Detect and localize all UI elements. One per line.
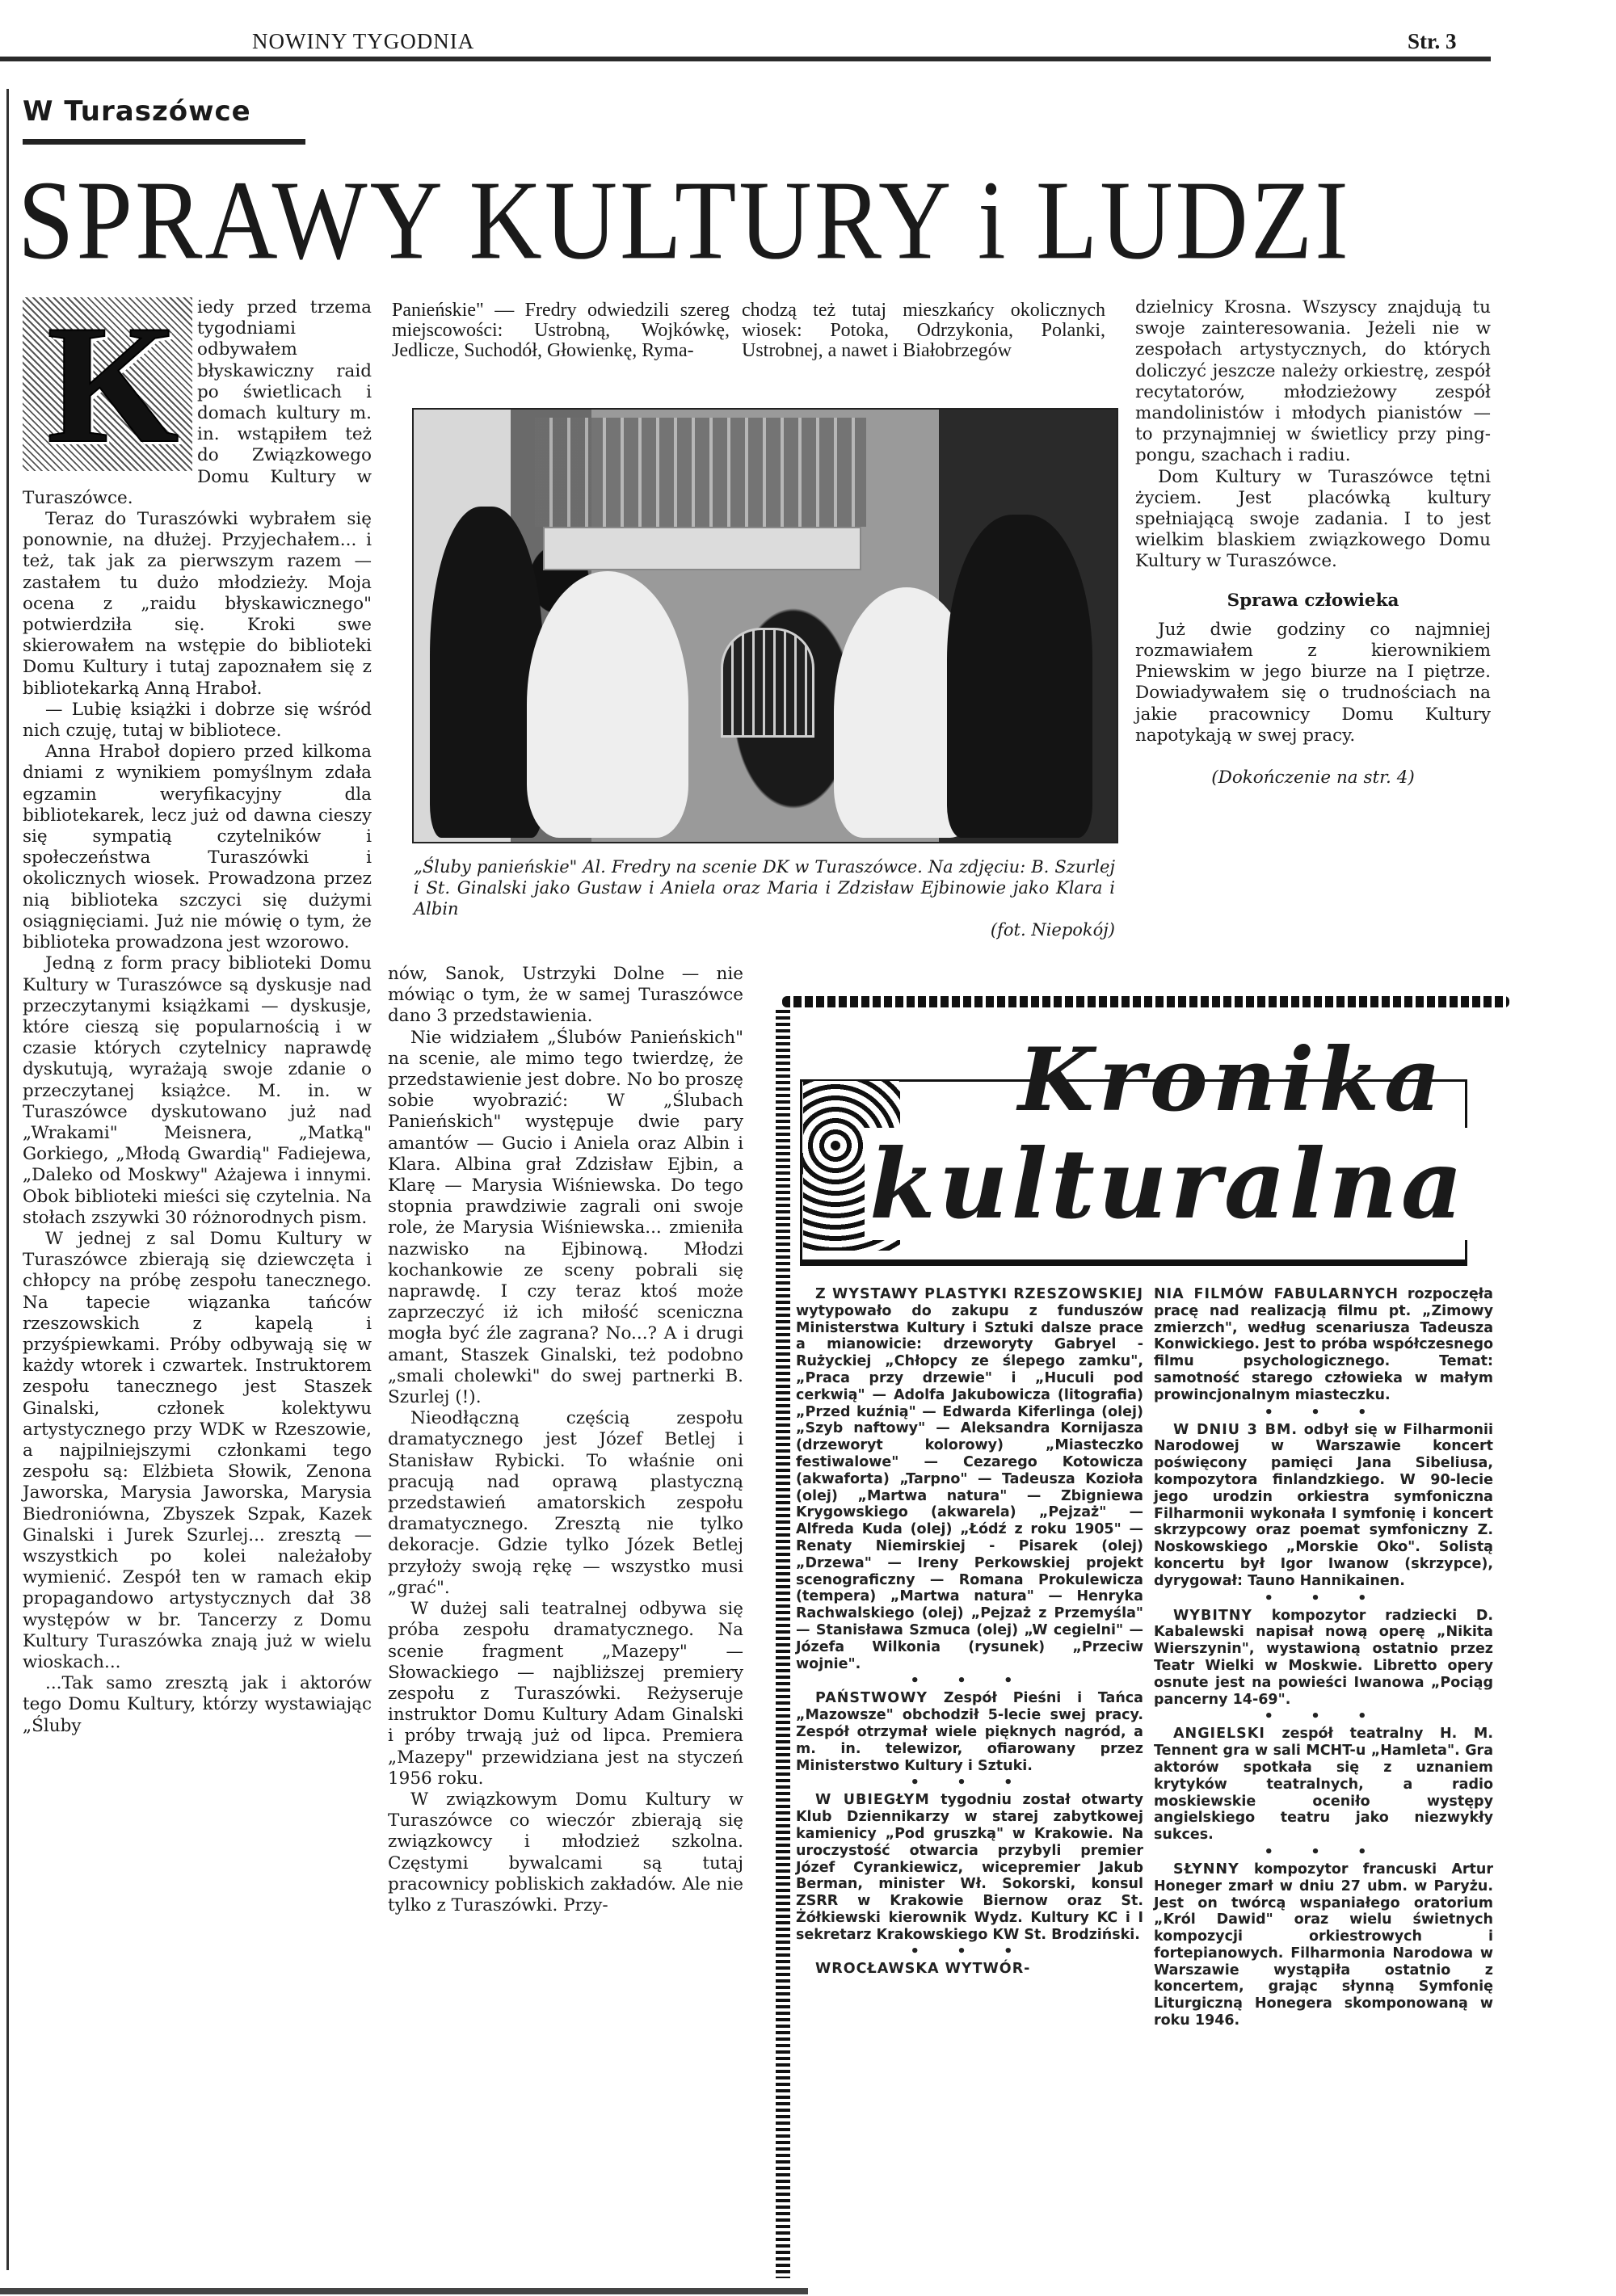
paragraph: Nie widziałem „Ślubów Panieńskich" na sc… xyxy=(388,1028,743,1409)
photo-mantle xyxy=(543,527,861,570)
stage-photo xyxy=(412,408,1118,843)
separator: • • • xyxy=(1154,1590,1493,1608)
news-item: WROCŁAWSKA WYTWÓR- xyxy=(796,1961,1143,1978)
article-column-1: K iedy przed trzema tygodniami odbywałem… xyxy=(23,297,372,1737)
banner-title-line2: kulturalna xyxy=(865,1128,1471,1240)
bottom-rule xyxy=(0,2288,808,2294)
paragraph: Panieńskie" — Fredry odwiedzili szereg m… xyxy=(392,301,730,361)
news-item: W DNIU 3 BM. odbył się w Filharmonii Nar… xyxy=(1154,1422,1493,1590)
article-kicker: W Turaszówce xyxy=(23,95,251,128)
paragraph: W dużej sali teatralnej odbywa się próba… xyxy=(388,1599,743,1789)
article-headline: SPRAWY KULTURY i LUDZI xyxy=(18,158,1504,284)
separator: • • • xyxy=(1154,1404,1493,1422)
banner-title-line1: Kronika xyxy=(1018,1029,1446,1131)
paragraph: dzielnicy Krosna. Wszyscy znajdują tu sw… xyxy=(1135,297,1491,467)
photo-roof xyxy=(535,418,866,527)
news-item: ANGIELSKI zespół teatralny H. M. Tennent… xyxy=(1154,1726,1493,1844)
article-column-2-top: Panieńskie" — Fredry odwiedzili szereg m… xyxy=(392,301,730,361)
separator: • • • xyxy=(796,1672,1143,1690)
dropcap-letter: K xyxy=(47,304,179,465)
continuation-note: (Dokończenie na str. 4) xyxy=(1135,767,1491,788)
kronika-column-right: NIA FILMÓW FABULARNYCH rozpoczęła pracę … xyxy=(1154,1286,1493,2029)
paragraph: W jednej z sal Domu Kultury w Turaszówce… xyxy=(23,1229,372,1673)
paragraph: — Lubię książki i dobrze się wśród nich … xyxy=(23,700,372,742)
photo-credit: (fot. Niepokój) xyxy=(414,919,1115,940)
paragraph: Już dwie godziny co najmniej rozmawiałem… xyxy=(1135,620,1491,746)
section-subhead: Sprawa człowieka xyxy=(1135,591,1491,612)
news-item: SŁYNNY kompozytor francuski Artur Honege… xyxy=(1154,1861,1493,2029)
paragraph: ...Tak samo zresztą jak i aktorów tego D… xyxy=(23,1673,372,1737)
page-number: Str. 3 xyxy=(1408,29,1457,54)
masthead-rule xyxy=(0,57,1491,61)
paragraph: Anna Hraboł dopiero przed kilkoma dniami… xyxy=(23,742,372,953)
kronika-banner: Kronika kulturalna xyxy=(800,1032,1479,1259)
article-column-2-bottom: nów, Sanok, Ustrzyki Dolne — nie mówiąc … xyxy=(388,964,743,1916)
article-column-3-top: chodzą też tutaj mieszkańcy okolicznych … xyxy=(742,301,1105,361)
photo-figure xyxy=(430,507,543,838)
kronika-column-left: Z WYSTAWY PLASTYKI RZESZOWSKIEJ wytypowa… xyxy=(796,1286,1143,1978)
news-item: Z WYSTAWY PLASTYKI RZESZOWSKIEJ wytypowa… xyxy=(796,1286,1143,1672)
kicker-rule xyxy=(23,139,305,145)
photo-figure xyxy=(947,515,1092,838)
paragraph: Nieodłączną częścią zespołu dramatyczneg… xyxy=(388,1408,743,1599)
paragraph: W związkowym Domu Kultury w Turaszówce c… xyxy=(388,1789,743,1916)
news-item: PAŃSTWOWY Zespół Pieśni i Tańca „Mazowsz… xyxy=(796,1690,1143,1774)
article-column-4: dzielnicy Krosna. Wszyscy znajdują tu sw… xyxy=(1135,297,1491,788)
paragraph: Jedną z form pracy biblioteki Domu Kultu… xyxy=(23,953,372,1229)
paragraph: nów, Sanok, Ustrzyki Dolne — nie mówiąc … xyxy=(388,964,743,1028)
wavy-divider xyxy=(776,1010,790,2278)
wavy-divider xyxy=(782,996,1509,1007)
separator: • • • xyxy=(1154,1844,1493,1861)
caption-text: „Śluby panieńskie" Al. Fredry na scenie … xyxy=(414,856,1115,919)
photo-caption: „Śluby panieńskie" Al. Fredry na scenie … xyxy=(414,856,1115,940)
separator: • • • xyxy=(796,1774,1143,1792)
paragraph: chodzą też tutaj mieszkańcy okolicznych … xyxy=(742,301,1105,361)
paragraph: Teraz do Turaszówki wybrałem się ponowni… xyxy=(23,509,372,700)
photo-fireplace xyxy=(721,628,814,738)
news-item: WYBITNY kompozytor radziecki D. Kabalews… xyxy=(1154,1608,1493,1709)
news-item: NIA FILMÓW FABULARNYCH rozpoczęła pracę … xyxy=(1154,1286,1493,1404)
news-item: W UBIEGŁYM tygodniu został otwarty Klub … xyxy=(796,1792,1143,1943)
newspaper-title: NOWINY TYGODNIA xyxy=(252,29,474,54)
separator: • • • xyxy=(796,1943,1143,1961)
dropcap-ornament: K xyxy=(23,297,192,471)
column-rule xyxy=(6,89,9,2270)
photo-figure xyxy=(527,571,688,838)
separator: • • • xyxy=(1154,1708,1493,1726)
paragraph: Dom Kultury w Turaszówce tętni życiem. J… xyxy=(1135,467,1491,573)
